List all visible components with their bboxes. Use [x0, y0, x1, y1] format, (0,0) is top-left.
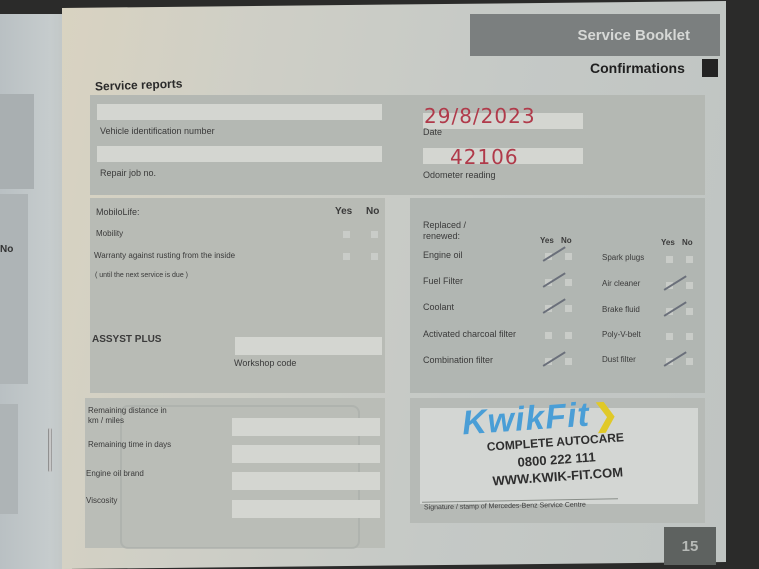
replaced-yes-checkbox[interactable]	[666, 333, 673, 340]
booklet-title-band: Service Booklet	[470, 14, 720, 56]
replaced-yes-header: Yes	[540, 236, 554, 245]
left-page-panel	[0, 94, 34, 189]
replaced-no-checkbox[interactable]	[565, 279, 572, 286]
viscosity-label: Viscosity	[86, 496, 117, 505]
replaced-no-checkbox[interactable]	[686, 256, 693, 263]
replaced-no-checkbox[interactable]	[686, 358, 693, 365]
left-page-panel	[0, 404, 18, 514]
replaced-item-label: Air cleaner	[602, 279, 640, 288]
chevron-right-icon: ❯	[592, 397, 620, 434]
replaced-item-label: Spark plugs	[602, 253, 644, 262]
replaced-no-checkbox[interactable]	[686, 308, 693, 315]
mobilolife-yes-header: Yes	[335, 206, 352, 217]
replaced-item-label: Combination filter	[423, 355, 493, 365]
mobilolife-item-label: Warranty against rusting from the inside	[94, 251, 235, 260]
vin-field[interactable]	[97, 104, 382, 120]
date-label: Date	[423, 127, 442, 137]
remaining-distance-label: Remaining distance in km / miles	[88, 406, 178, 426]
mobilolife-item-label: Mobility	[96, 229, 123, 238]
page-number: 15	[664, 527, 716, 565]
workshop-code-label: Workshop code	[234, 358, 296, 368]
replaced-no-header-right: No	[682, 238, 693, 247]
left-page-panel	[0, 194, 28, 384]
replaced-item-label: Activated charcoal filter	[423, 329, 516, 339]
section-marker	[702, 59, 718, 77]
mobility-no-checkbox[interactable]	[371, 231, 378, 238]
replaced-yes-header-right: Yes	[661, 238, 675, 247]
replaced-no-checkbox[interactable]	[565, 253, 572, 260]
mobilolife-no-header: No	[366, 206, 379, 217]
replaced-title: Replaced / renewed:	[423, 220, 483, 242]
replaced-item-label: Poly-V-belt	[602, 330, 641, 339]
replaced-yes-checkbox[interactable]	[545, 332, 552, 339]
rust-warranty-no-checkbox[interactable]	[371, 253, 378, 260]
vin-label: Vehicle identification number	[100, 126, 215, 136]
repair-job-field[interactable]	[97, 146, 382, 162]
booklet-title: Service Booklet	[577, 27, 690, 44]
rust-warranty-yes-checkbox[interactable]	[343, 253, 350, 260]
left-page-no-label: No	[0, 244, 13, 255]
mobilolife-note: ( until the next service is due )	[95, 272, 188, 279]
replaced-no-checkbox[interactable]	[565, 358, 572, 365]
replaced-no-checkbox[interactable]	[686, 282, 693, 289]
engine-oil-brand-field[interactable]	[232, 472, 380, 490]
engine-oil-brand-label: Engine oil brand	[86, 469, 144, 478]
staple-icon	[48, 428, 52, 472]
mobility-yes-checkbox[interactable]	[343, 231, 350, 238]
repair-job-label: Repair job no.	[100, 168, 156, 178]
remaining-days-label: Remaining time in days	[88, 440, 171, 449]
replaced-item-label: Fuel Filter	[423, 276, 463, 286]
replaced-item-label: Coolant	[423, 302, 454, 312]
replaced-no-checkbox[interactable]	[686, 333, 693, 340]
replaced-no-header: No	[561, 236, 572, 245]
odometer-value: 42106	[450, 145, 519, 169]
section-title: Confirmations	[590, 60, 685, 76]
remaining-days-field[interactable]	[232, 445, 380, 463]
replaced-yes-checkbox[interactable]	[666, 256, 673, 263]
replaced-item-label: Engine oil	[423, 250, 463, 260]
viscosity-field[interactable]	[232, 500, 380, 518]
date-value: 29/8/2023	[424, 104, 536, 128]
replaced-item-label: Brake fluid	[602, 305, 640, 314]
replaced-item-label: Dust filter	[602, 355, 636, 364]
remaining-distance-field[interactable]	[232, 418, 380, 436]
mobilolife-title: MobiloLife:	[96, 207, 140, 217]
odometer-label: Odometer reading	[423, 170, 496, 180]
workshop-code-field[interactable]	[235, 337, 382, 355]
assyst-title: ASSYST PLUS	[92, 334, 161, 345]
replaced-no-checkbox[interactable]	[565, 305, 572, 312]
replaced-no-checkbox[interactable]	[565, 332, 572, 339]
